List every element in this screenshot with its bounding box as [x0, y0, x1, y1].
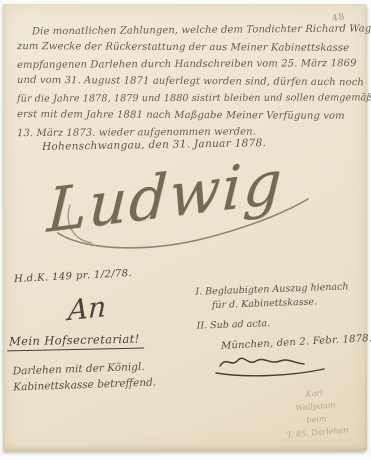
subject-note: Darlehen mit der Königl. Kabinettskasse …: [12, 359, 156, 396]
official-signature-flourish: [212, 352, 332, 382]
disposition-notes: I. Beglaubigten Auszug hienach für d. Ka…: [195, 280, 350, 333]
body-line: empfangenen Darlehen durch Handschreiben…: [17, 55, 355, 74]
signature-flourish-icon: [40, 185, 320, 255]
body-line: erst mit dem Jahre 1881 nach Maßgabe Mei…: [17, 106, 355, 125]
letter-body: Die monatlichen Zahlungen, welche dem To…: [17, 22, 355, 141]
address-monogram: An: [68, 290, 107, 327]
body-line: und vom 31. August 1871 auferlegt worden…: [17, 72, 355, 91]
body-line: für die Jahre 1878, 1879 und 1880 sistir…: [17, 89, 355, 107]
pencil-note: Karl Wallpaum beim T. 85. Darlehen: [283, 384, 349, 441]
addressee-line: Mein Hofsecretariat!: [7, 332, 144, 352]
body-line: zum Zwecke der Rückerstattung der aus Me…: [17, 38, 355, 57]
disposition-item-1: I. Beglaubigten Auszug hienach für d. Ka…: [195, 280, 349, 313]
